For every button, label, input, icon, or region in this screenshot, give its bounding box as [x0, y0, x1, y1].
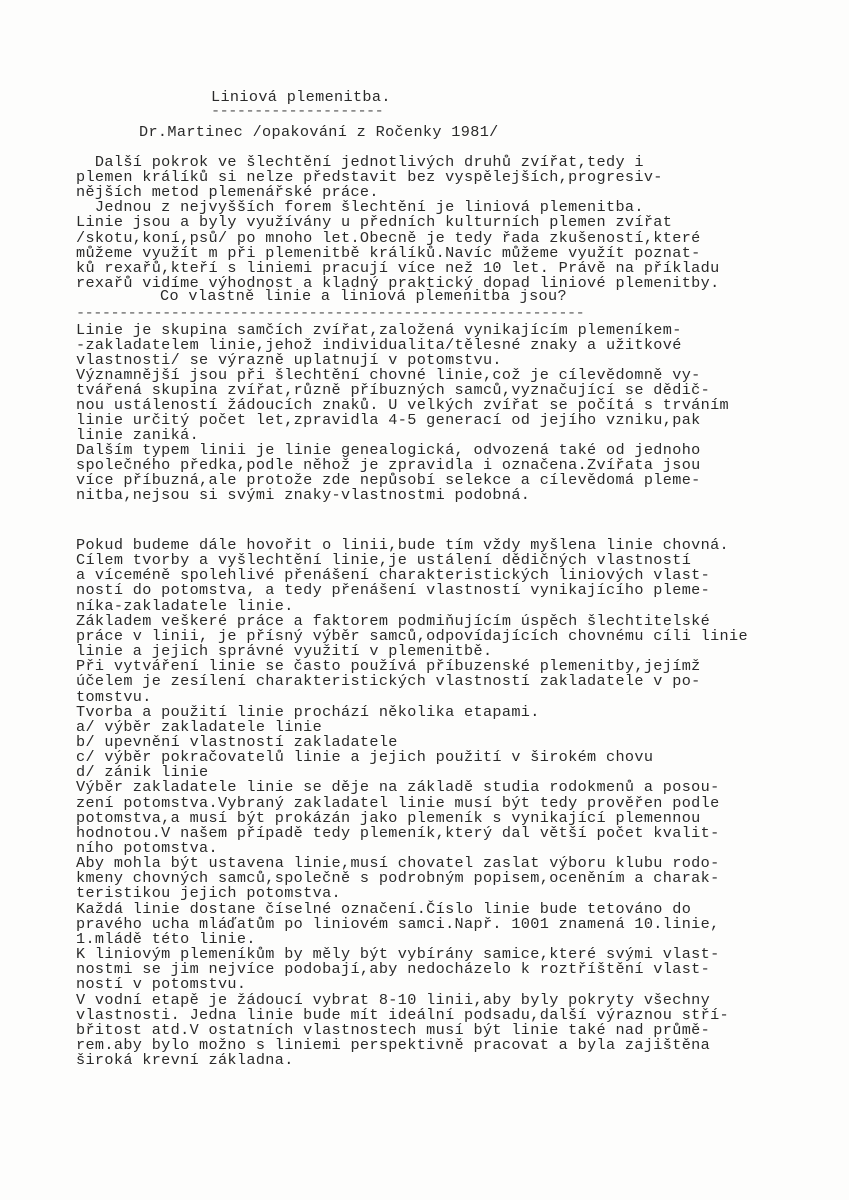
text-line: Výběr zakladatele linie se děje na zákla… — [76, 779, 720, 795]
text-line: Linie jsou a byly využívány u předních k… — [76, 214, 672, 230]
section-heading: Co vlastně linie a liniová plemenitba js… — [160, 288, 567, 304]
text-line: široká krevní základna. — [76, 1052, 294, 1068]
text-line: účelem je zesílení charakteristických vl… — [76, 673, 701, 689]
text-line: nitba,nejsou si svými znaky-vlastnostmi … — [76, 487, 530, 503]
document-subtitle: Dr.Martinec /opakování z Ročenky 1981/ — [139, 124, 499, 140]
title-underline: -------------------- — [211, 103, 383, 119]
text-line: ností v potomstvu. — [76, 976, 246, 992]
section-heading-underline: ----------------------------------------… — [76, 305, 584, 321]
typewritten-page: Liniová plemenitba. --------------------… — [0, 0, 849, 1200]
